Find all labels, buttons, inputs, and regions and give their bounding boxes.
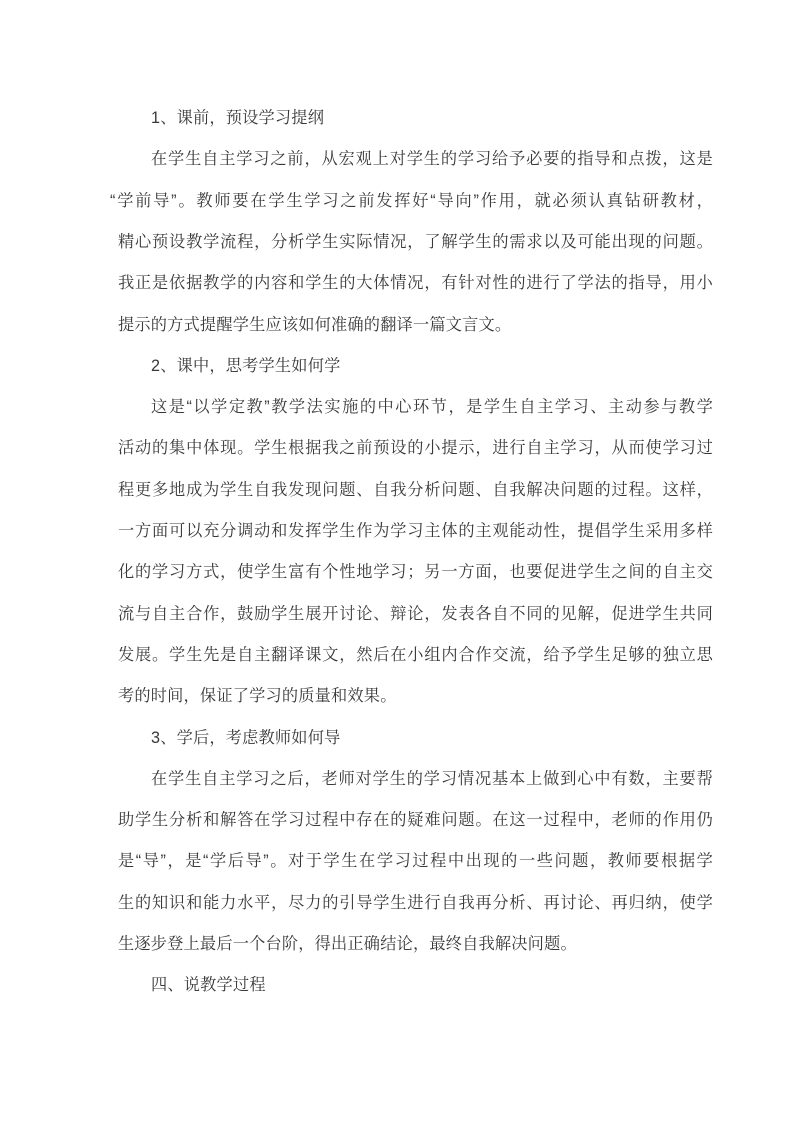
text-line: 提示的方式提醒学生应该如何准确的翻译一篇文言文。 [118,305,713,346]
document-page: 1、课前，预设学习提纲在学生自主学习之前，从宏观上对学生的学习给予必要的指导和点… [0,0,794,1123]
text-line: 这是“以学定教”教学法实施的中心环节，是学生自主学习、主动参与教学 [118,387,713,428]
text-line: 一方面可以充分调动和发挥学生作为学习主体的主观能动性，提倡学生采用多样 [118,511,713,552]
text-line: 1、课前，预设学习提纲 [118,98,713,139]
text-line: 生的知识和能力水平，尽力的引导学生进行自我再分析、再讨论、再归纳，使学 [118,883,713,924]
text-line: 是“导”，是“学后导”。对于学生在学习过程中出现的一些问题，教师要根据学 [118,841,713,882]
text-line: 3、学后，考虑教师如何导 [118,718,713,759]
text-line: 助学生分析和解答在学习过程中存在的疑难问题。在这一过程中，老师的作用仍 [118,800,713,841]
text-line: 考的时间，保证了学习的质量和效果。 [118,676,713,717]
text-line: 在学生自主学习之后，老师对学生的学习情况基本上做到心中有数，主要帮 [118,759,713,800]
text-line: 在学生自主学习之前，从宏观上对学生的学习给予必要的指导和点拨，这是 [118,139,713,180]
text-line: 程更多地成为学生自我发现问题、自我分析问题、自我解决问题的过程。这样， [118,470,713,511]
text-line: 流与自主合作，鼓励学生展开讨论、辩论，发表各自不同的见解，促进学生共同 [118,594,713,635]
text-line: 我正是依据教学的内容和学生的大体情况，有针对性的进行了学法的指导，用小 [118,263,713,304]
text-line: 化的学习方式，使学生富有个性地学习；另一方面，也要促进学生之间的自主交 [118,552,713,593]
text-line: 四、说教学过程 [118,965,713,1006]
text-line: 生逐步登上最后一个台阶，得出正确结论，最终自我解决问题。 [118,924,713,965]
text-line: 发展。学生先是自主翻译课文，然后在小组内合作交流，给予学生足够的独立思 [118,635,713,676]
text-line: “学前导”。教师要在学生学习之前发挥好“导向”作用，就必须认真钻研教材， [110,181,713,222]
text-line: 2、课中，思考学生如何学 [118,346,713,387]
text-line: 活动的集中体现。学生根据我之前预设的小提示，进行自主学习，从而使学习过 [118,428,713,469]
text-line: 精心预设教学流程，分析学生实际情况，了解学生的需求以及可能出现的问题。 [118,222,713,263]
